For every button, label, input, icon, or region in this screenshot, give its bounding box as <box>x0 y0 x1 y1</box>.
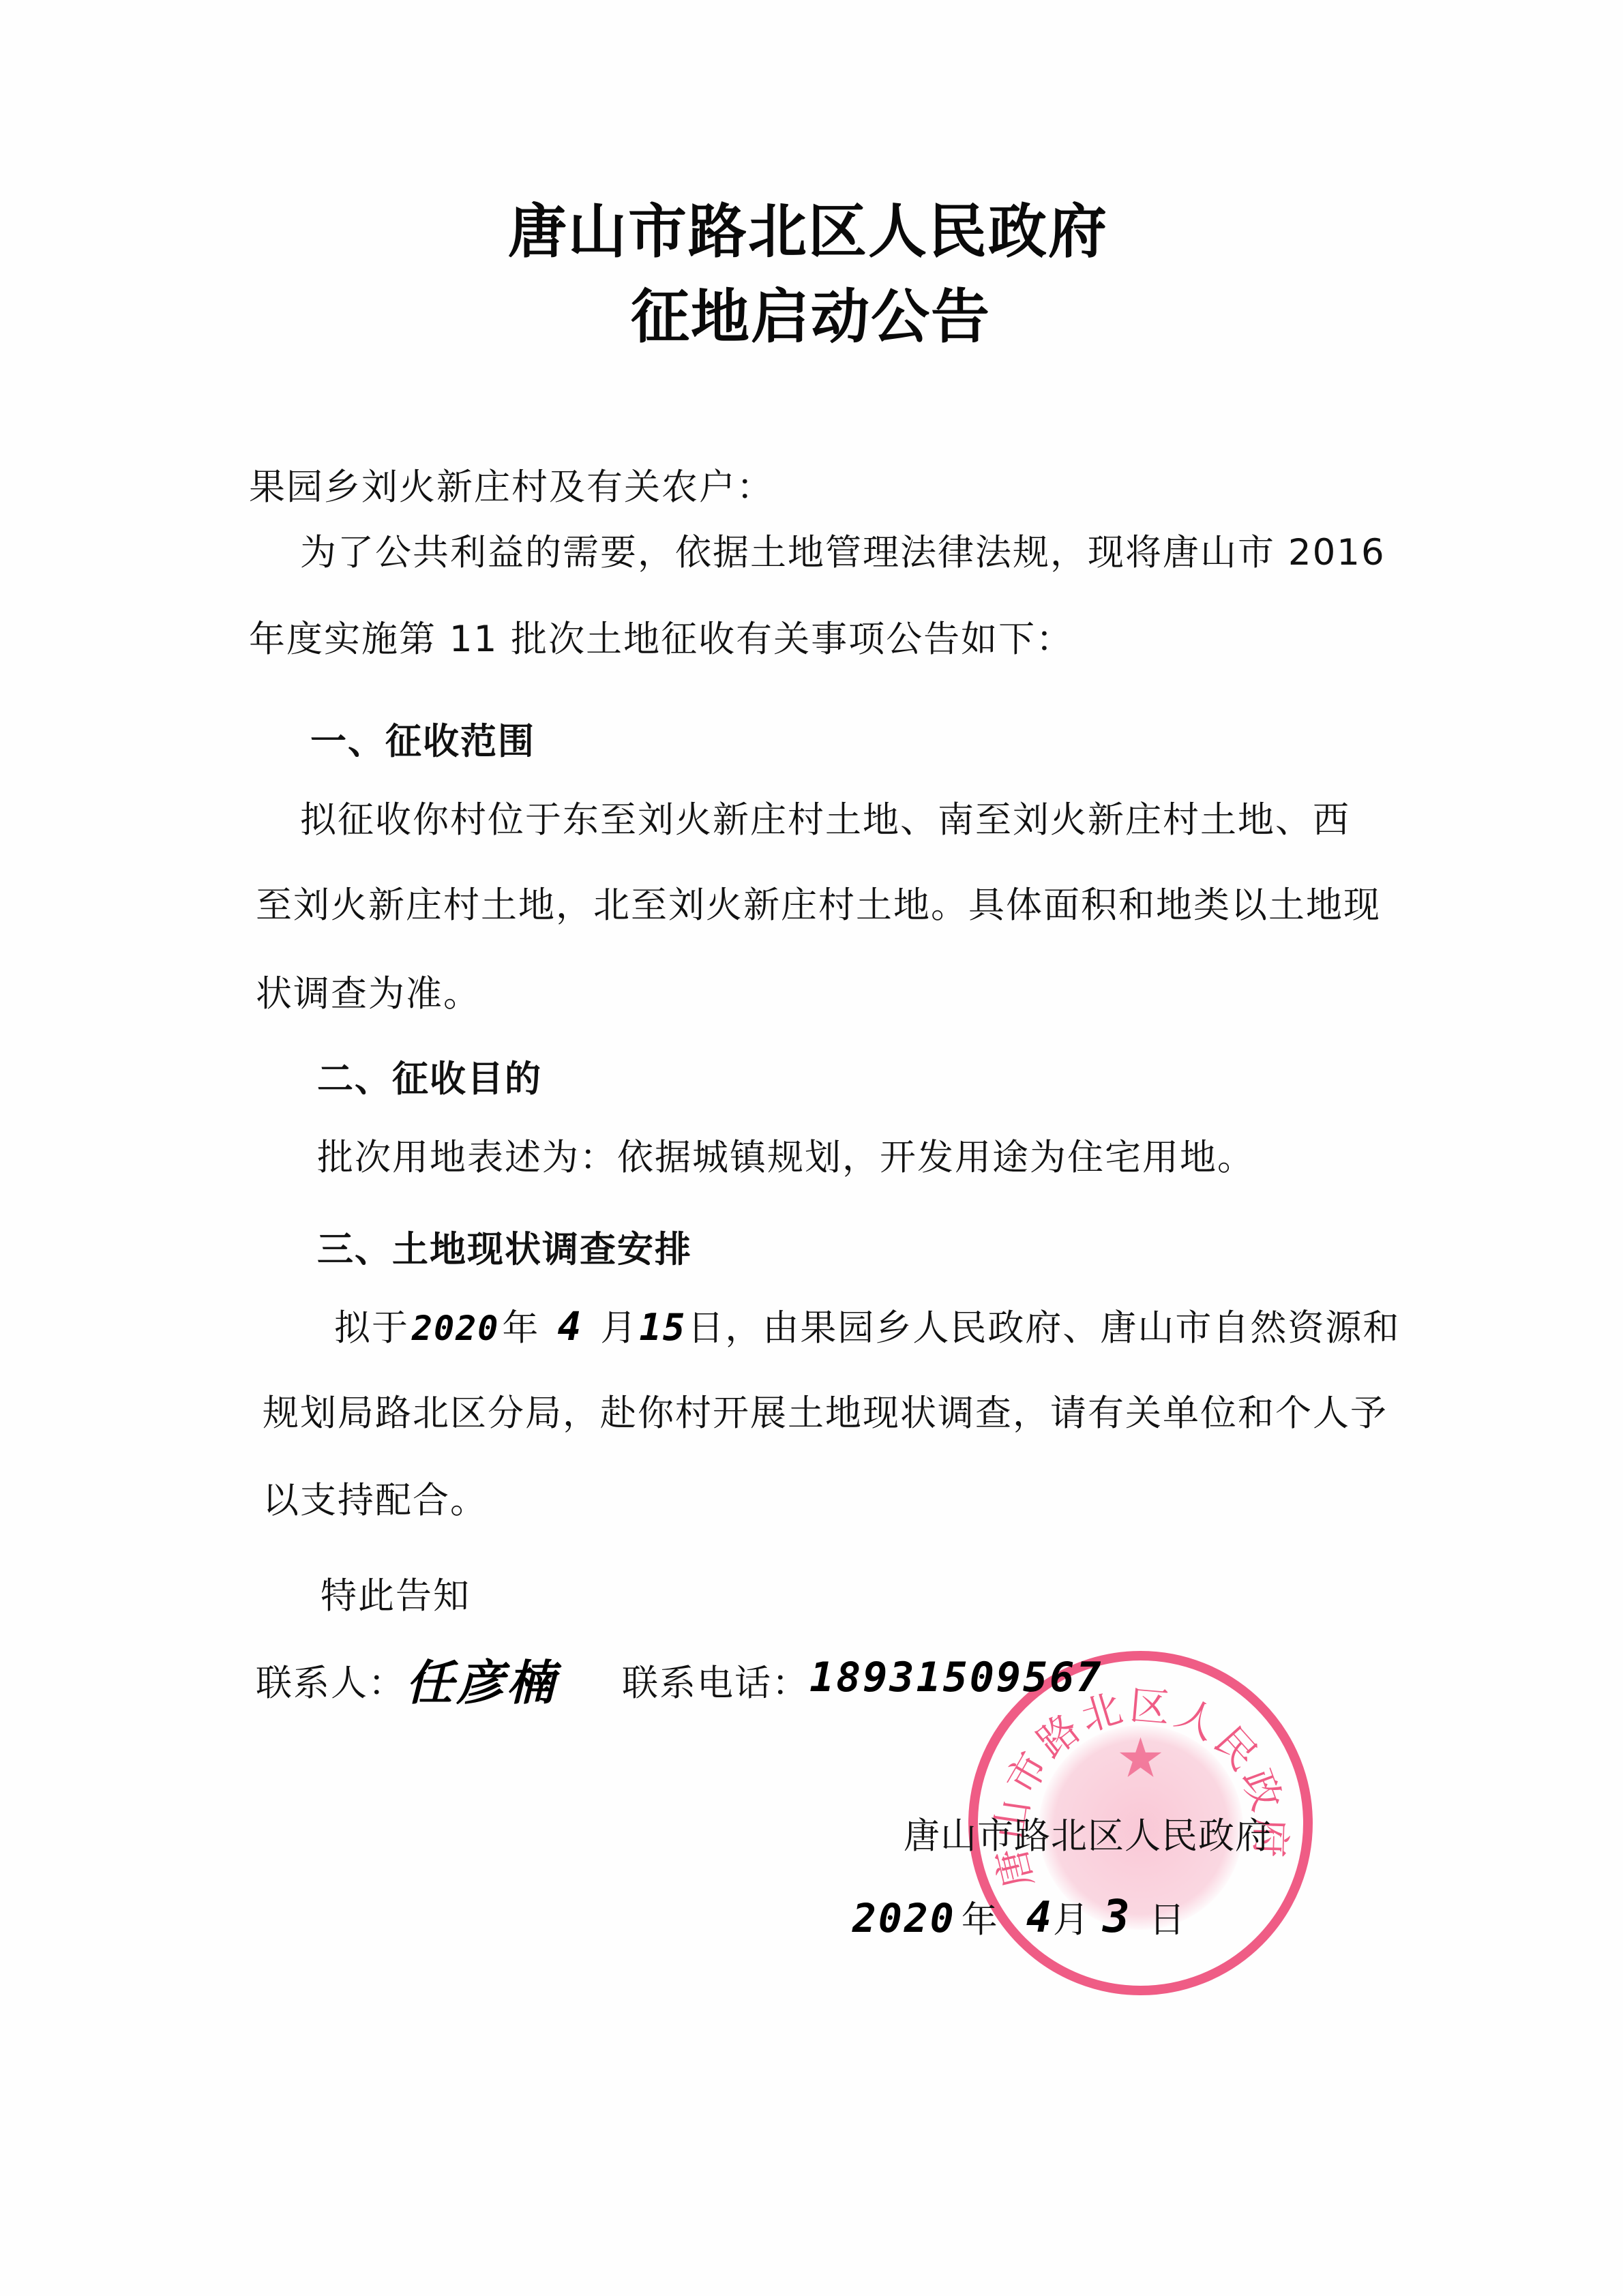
section-survey-line-1: 拟于2020年4月15日，由果园乡人民政府、唐山市自然资源和 <box>334 1299 1400 1351</box>
salutation: 果园乡刘火新庄村及有关农户： <box>249 458 774 510</box>
section-purpose-line-1: 批次用地表述为：依据城镇规划，开发用途为住宅用地。 <box>317 1129 1255 1180</box>
section-heading-purpose: 二、征收目的 <box>317 1050 542 1102</box>
survey-month-unit: 月 <box>600 1307 638 1349</box>
survey-day-handwritten: 15 <box>639 1306 686 1349</box>
closing-text: 特此告知 <box>321 1567 471 1619</box>
contact-phone-label: 联系电话： <box>622 1663 809 1704</box>
contact-phone-number: 18931509567 <box>809 1654 1103 1701</box>
section-heading-survey: 三、土地现状调查安排 <box>317 1221 692 1272</box>
survey-month-handwritten: 4 <box>557 1303 582 1350</box>
signature-date-year: 2020 <box>852 1895 956 1941</box>
document-page: 唐山市路北区人民政府 征地启动公告 果园乡刘火新庄村及有关农户： 为了公共利益的… <box>0 0 1623 2296</box>
signature-date-day-unit: 日 <box>1149 1899 1187 1941</box>
survey-prefix: 拟于 <box>334 1307 409 1349</box>
contact-person-signature: 任彦楠 <box>406 1655 557 1711</box>
section-survey-line-2: 规划局路北区分局，赴你村开展土地现状调查，请有关单位和个人予 <box>263 1384 1388 1436</box>
contact-line: 联系人：任彦楠联系电话：18931509567 <box>256 1645 1103 1714</box>
survey-year-unit: 年 <box>502 1307 539 1349</box>
survey-rest: 日，由果园乡人民政府、唐山市自然资源和 <box>687 1307 1400 1349</box>
section-scope-line-1: 拟征收你村位于东至刘火新庄村土地、南至刘火新庄村土地、西 <box>300 791 1350 843</box>
title-line-2: 征地启动公告 <box>631 269 991 354</box>
section-heading-scope: 一、征收范围 <box>310 713 535 764</box>
section-scope-line-3: 状调查为准。 <box>256 965 481 1017</box>
contact-person-label: 联系人： <box>256 1663 406 1704</box>
title-line-1: 唐山市路北区人民政府 <box>508 184 1108 269</box>
signature-date-day: 3 <box>1103 1890 1131 1943</box>
signature-date-month-unit: 月 <box>1053 1899 1090 1941</box>
intro-line-2: 年度实施第 11 批次土地征收有关事项公告如下： <box>249 610 1073 662</box>
section-scope-line-2: 至刘火新庄村土地，北至刘火新庄村土地。具体面积和地类以土地现 <box>256 876 1381 928</box>
signature-date-year-unit: 年 <box>962 1899 999 1941</box>
signature-organization: 唐山市路北区人民政府 <box>904 1807 1272 1859</box>
survey-year-handwritten: 2020 <box>412 1309 499 1348</box>
svg-text:唐山市路北区人民政府: 唐山市路北区人民政府 <box>986 1682 1294 1893</box>
signature-date-month: 4 <box>1026 1892 1053 1942</box>
section-survey-line-3: 以支持配合。 <box>263 1472 488 1523</box>
intro-line-1: 为了公共利益的需要，依据土地管理法律法规，现将唐山市 2016 <box>300 524 1386 576</box>
signature-date: 2020年4月3日 <box>852 1890 1187 1943</box>
